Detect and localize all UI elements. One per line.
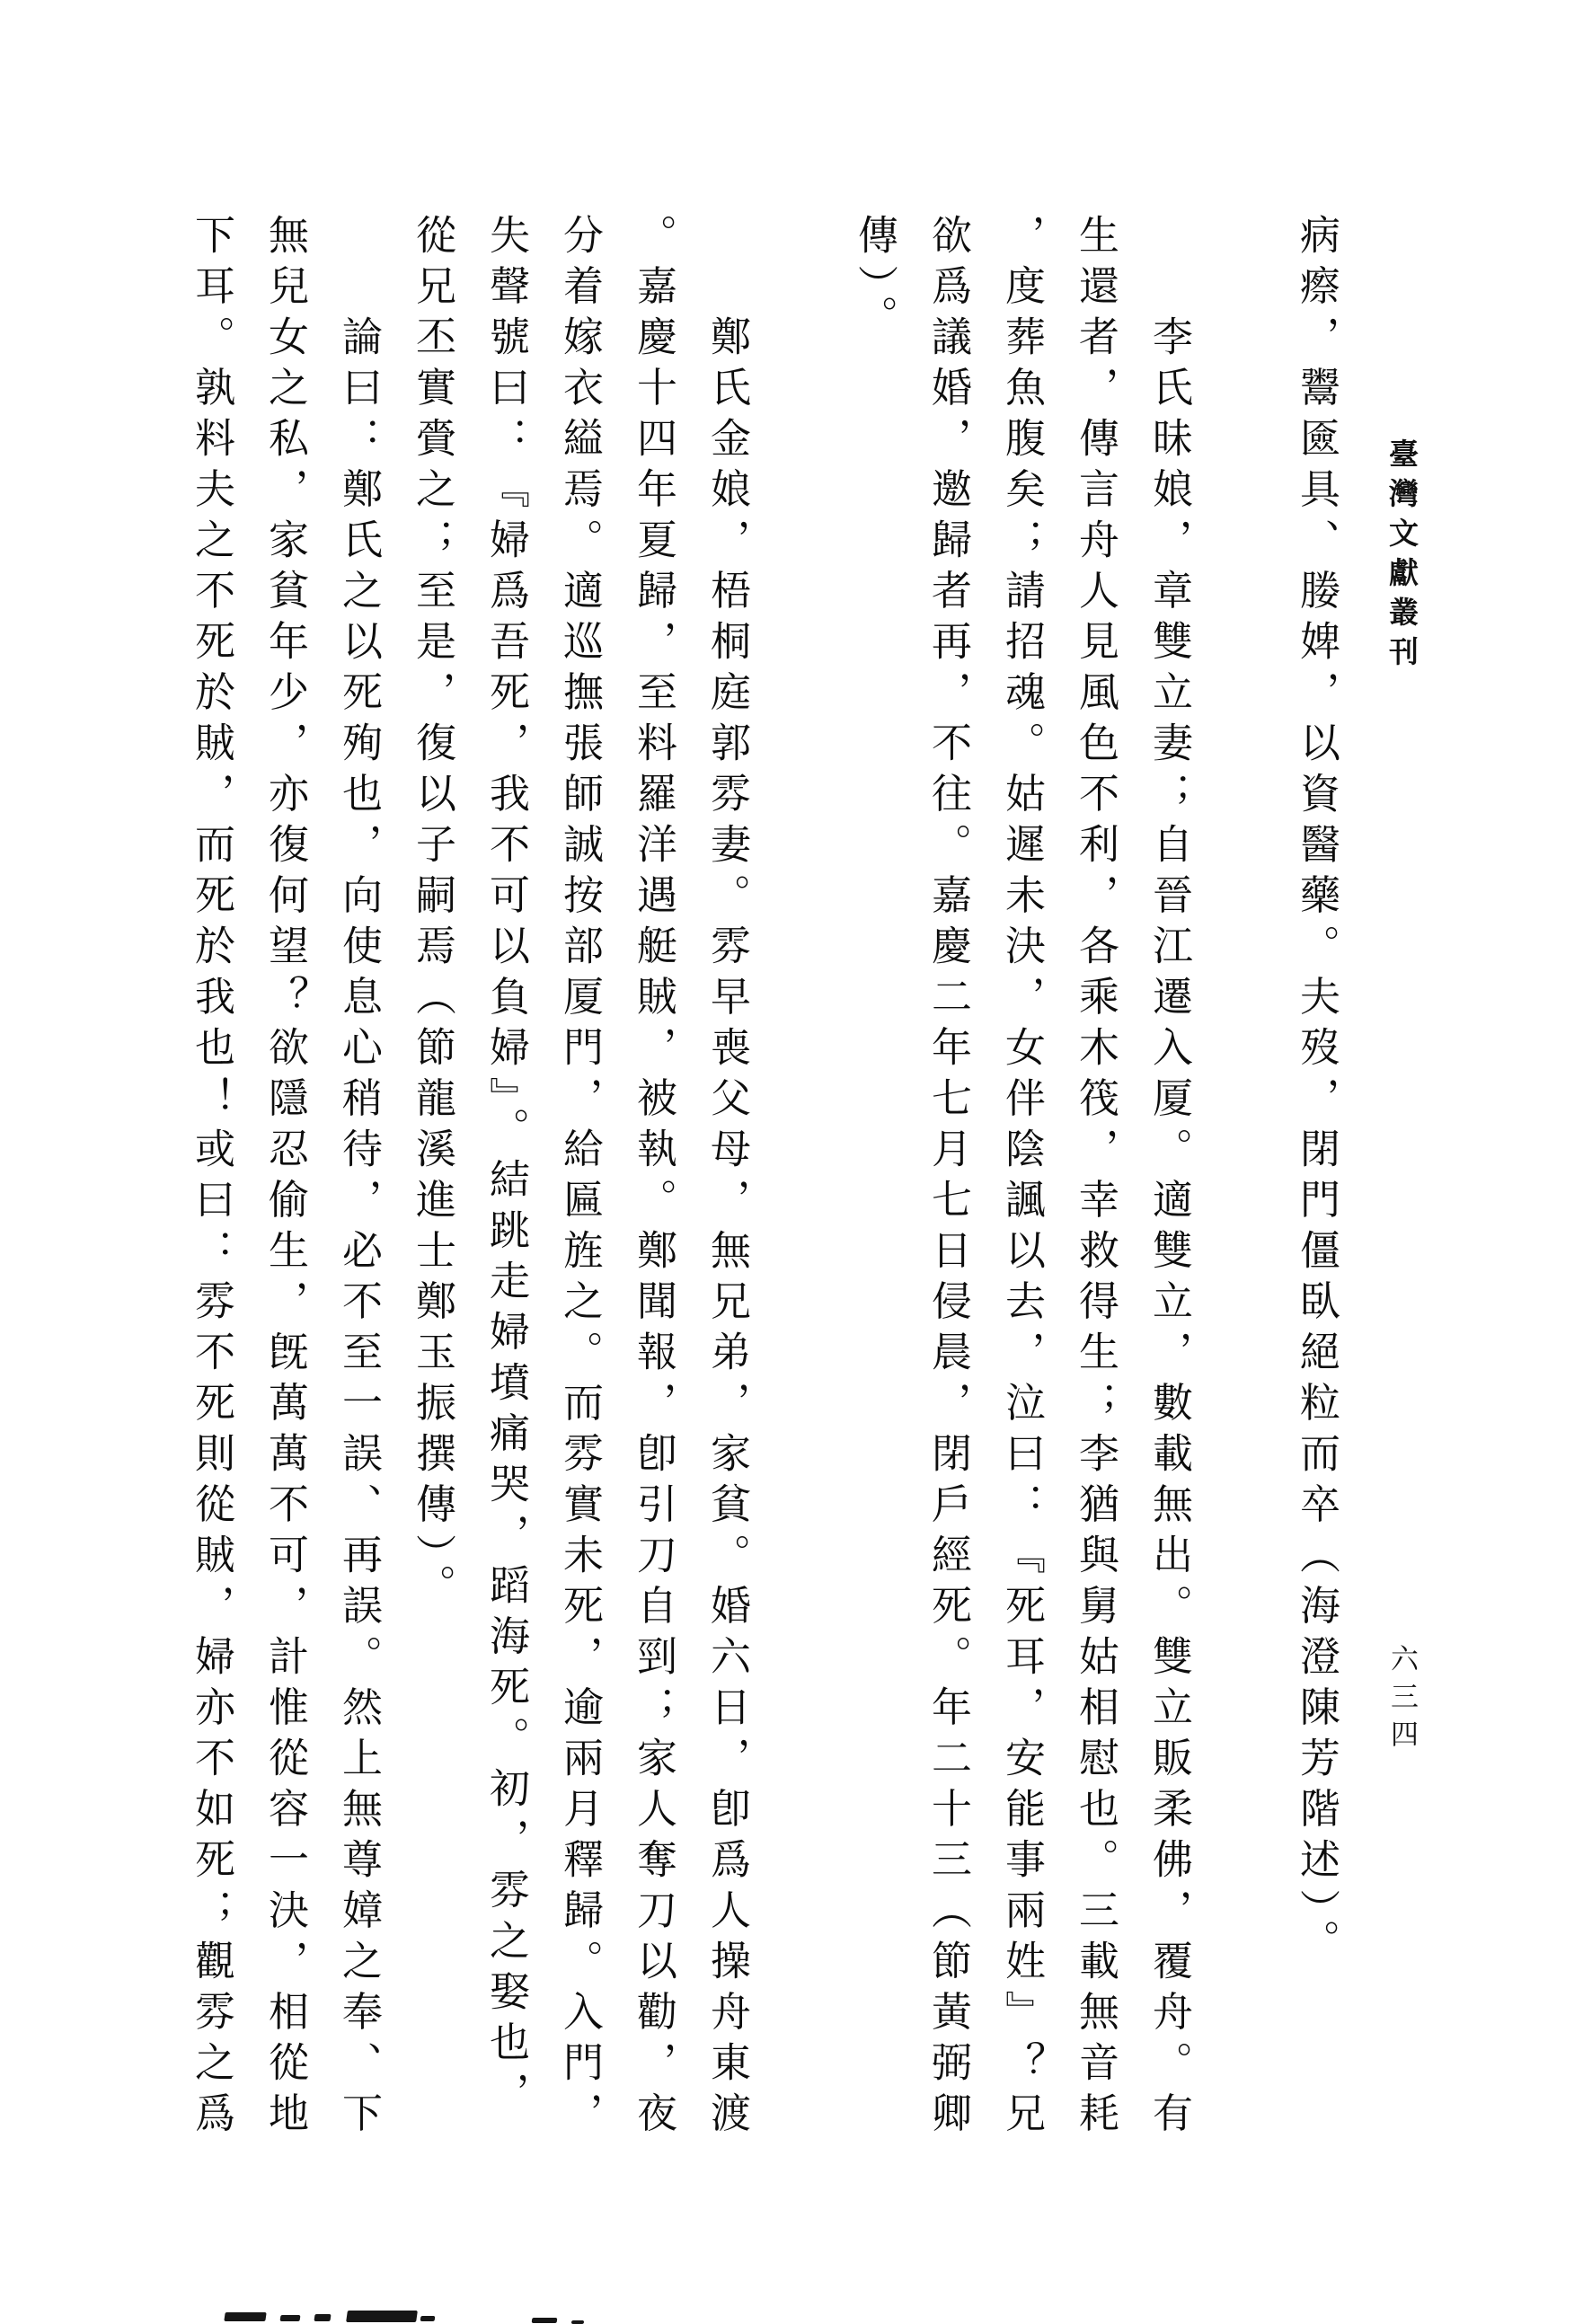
scan-artifact	[346, 2311, 418, 2322]
scan-artifact	[280, 2315, 301, 2321]
text-column: 欲爲議婚，邀歸者再，不往。嘉慶二年七月七日侵晨，閉戶經死。年二十三（節黃弼卿	[926, 214, 968, 2170]
text-column: 病瘵，鬻匳具、媵婢，以資醫藥。夫歿，閉門僵臥絕粒而卒（海澄陳芳階述）。	[1295, 214, 1336, 2170]
text-column: 下耳。孰料夫之不死於賊，而死於我也！或曰：雰不死則從賊，婦亦不如死；觀雰之爲	[190, 214, 231, 2170]
series-banner: 臺灣文獻叢刊	[1385, 438, 1415, 676]
scan-artifact	[224, 2312, 266, 2321]
text-column: 李氏昧娘，章雙立妻；自晉江遷入厦。適雙立，數載無出。雙立販柔佛，覆舟。有	[1147, 214, 1189, 2170]
text-column: 。嘉慶十四年夏歸，至料羅洋遇艇賊，被執。鄭聞報，卽引刀自剄；家人奪刀以勸，夜	[632, 214, 673, 2170]
text-column: ，度葬魚腹矣；請招魂。姑遲未決，女伴陰諷以去，泣曰：『死耳，安能事兩姓』？兄	[1000, 214, 1041, 2170]
text-column: 失聲號曰：『婦爲吾死，我不可以負婦』。結跳走婦墳痛哭，蹈海死。初，雰之娶也，	[484, 214, 526, 2170]
text-column: 傳）。	[853, 214, 894, 2170]
text-column: 生還者，傳言舟人見風色不利，各乘木筏，幸救得生；李猶與舅姑相慰也。三載無音耗	[1074, 214, 1115, 2170]
text-column: 論曰：鄭氏之以死殉也，向使息心稍待，必不至一誤、再誤。然上無尊嫜之奉、下	[337, 214, 378, 2170]
gutter-column	[1221, 214, 1262, 2170]
folio-number: 六三四	[1388, 1644, 1416, 1757]
text-column: 分着嫁衣縊焉。適巡撫張師誠按部厦門，給匾旌之。而雰實未死，逾兩月釋歸。入門，	[558, 214, 599, 2170]
scan-artifact	[420, 2316, 436, 2321]
book-page: 臺灣文獻叢刊 六三四 病瘵，鬻匳具、媵婢，以資醫藥。夫歿，閉門僵臥絕粒而卒（海澄…	[0, 0, 1583, 2324]
scan-artifact	[532, 2318, 558, 2323]
text-column: 無兒女之私，家貧年少，亦復何望？欲隱忍偷生，旣萬萬不可，計惟從容一決，相從地	[263, 214, 305, 2170]
text-column: 從兄丕實賫之；至是，復以子嗣焉（節龍溪進士鄭玉振撰傳）。	[411, 214, 452, 2170]
scan-artifact	[314, 2314, 331, 2321]
gutter-column	[779, 214, 820, 2170]
text-column: 鄭氏金娘，梧桐庭郭雰妻。雰早喪父母，無兄弟，家貧。婚六日，卽爲人操舟東渡	[705, 214, 747, 2170]
scan-artifact	[571, 2320, 585, 2324]
text-block: 病瘵，鬻匳具、媵婢，以資醫藥。夫歿，閉門僵臥絕粒而卒（海澄陳芳階述）。 李氏昧娘…	[157, 214, 1336, 2170]
